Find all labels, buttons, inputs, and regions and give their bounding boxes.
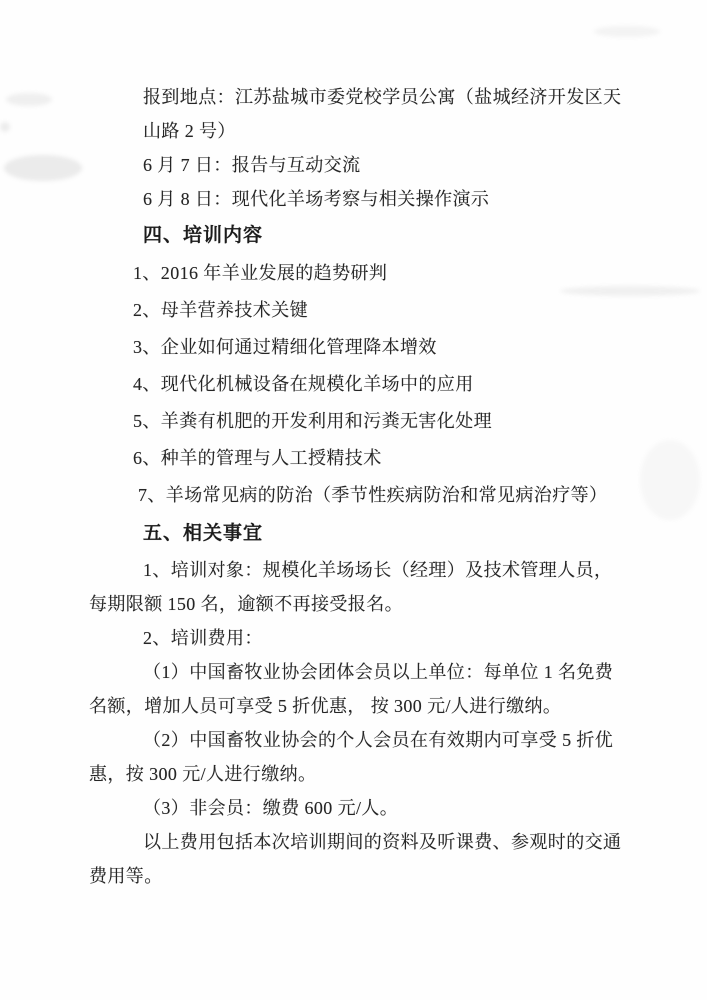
- trainee-target-line-2: 每期限额 150 名，逾额不再接受报名。: [89, 587, 677, 621]
- fee-group-member-line-1: （1）中国畜牧业协会团体会员以上单位：每单位 1 名免费: [89, 655, 677, 689]
- fee-note-line-2: 费用等。: [89, 859, 677, 893]
- fee-individual-member-line-2: 惠，按 300 元/人进行缴纳。: [89, 757, 677, 791]
- training-content-item-5: 5、羊粪有机肥的开发利用和污粪无害化处理: [89, 403, 677, 440]
- fee-note-line-1: 以上费用包括本次培训期间的资料及听课费、参观时的交通: [89, 825, 677, 859]
- arrival-location-line-2: 山路 2 号）: [89, 114, 677, 148]
- section-heading-related-matters: 五、相关事宜: [89, 514, 677, 553]
- fee-individual-member-line-1: （2）中国畜牧业协会的个人会员在有效期内可享受 5 折优: [89, 723, 677, 757]
- training-content-item-1: 1、2016 年羊业发展的趋势研判: [89, 255, 677, 292]
- training-content-item-4: 4、现代化机械设备在规模化羊场中的应用: [89, 366, 677, 403]
- fee-group-member-line-2: 名额，增加人员可享受 5 折优惠， 按 300 元/人进行缴纳。: [89, 689, 677, 723]
- trainee-target-line-1: 1、培训对象：规模化羊场场长（经理）及技术管理人员，: [89, 553, 677, 587]
- arrival-location-line-1: 报到地点：江苏盐城市委党校学员公寓（盐城经济开发区天: [89, 80, 677, 114]
- schedule-june-8-line: 6 月 8 日：现代化羊场考察与相关操作演示: [89, 182, 677, 216]
- fee-non-member-line: （3）非会员：缴费 600 元/人。: [89, 791, 677, 825]
- document-content: 报到地点：江苏盐城市委党校学员公寓（盐城经济开发区天 山路 2 号） 6 月 7…: [0, 0, 707, 893]
- section-heading-training-content: 四、培训内容: [89, 216, 677, 255]
- schedule-june-7-line: 6 月 7 日：报告与互动交流: [89, 148, 677, 182]
- training-content-item-7: 7、羊场常见病的防治（季节性疾病防治和常见病治疗等）: [89, 477, 677, 514]
- training-fee-title: 2、培训费用：: [89, 621, 677, 655]
- training-content-item-3: 3、企业如何通过精细化管理降本增效: [89, 329, 677, 366]
- training-content-item-2: 2、母羊营养技术关键: [89, 292, 677, 329]
- scanned-document-page: 报到地点：江苏盐城市委党校学员公寓（盐城经济开发区天 山路 2 号） 6 月 7…: [0, 0, 707, 1000]
- training-content-item-6: 6、种羊的管理与人工授精技术: [89, 440, 677, 477]
